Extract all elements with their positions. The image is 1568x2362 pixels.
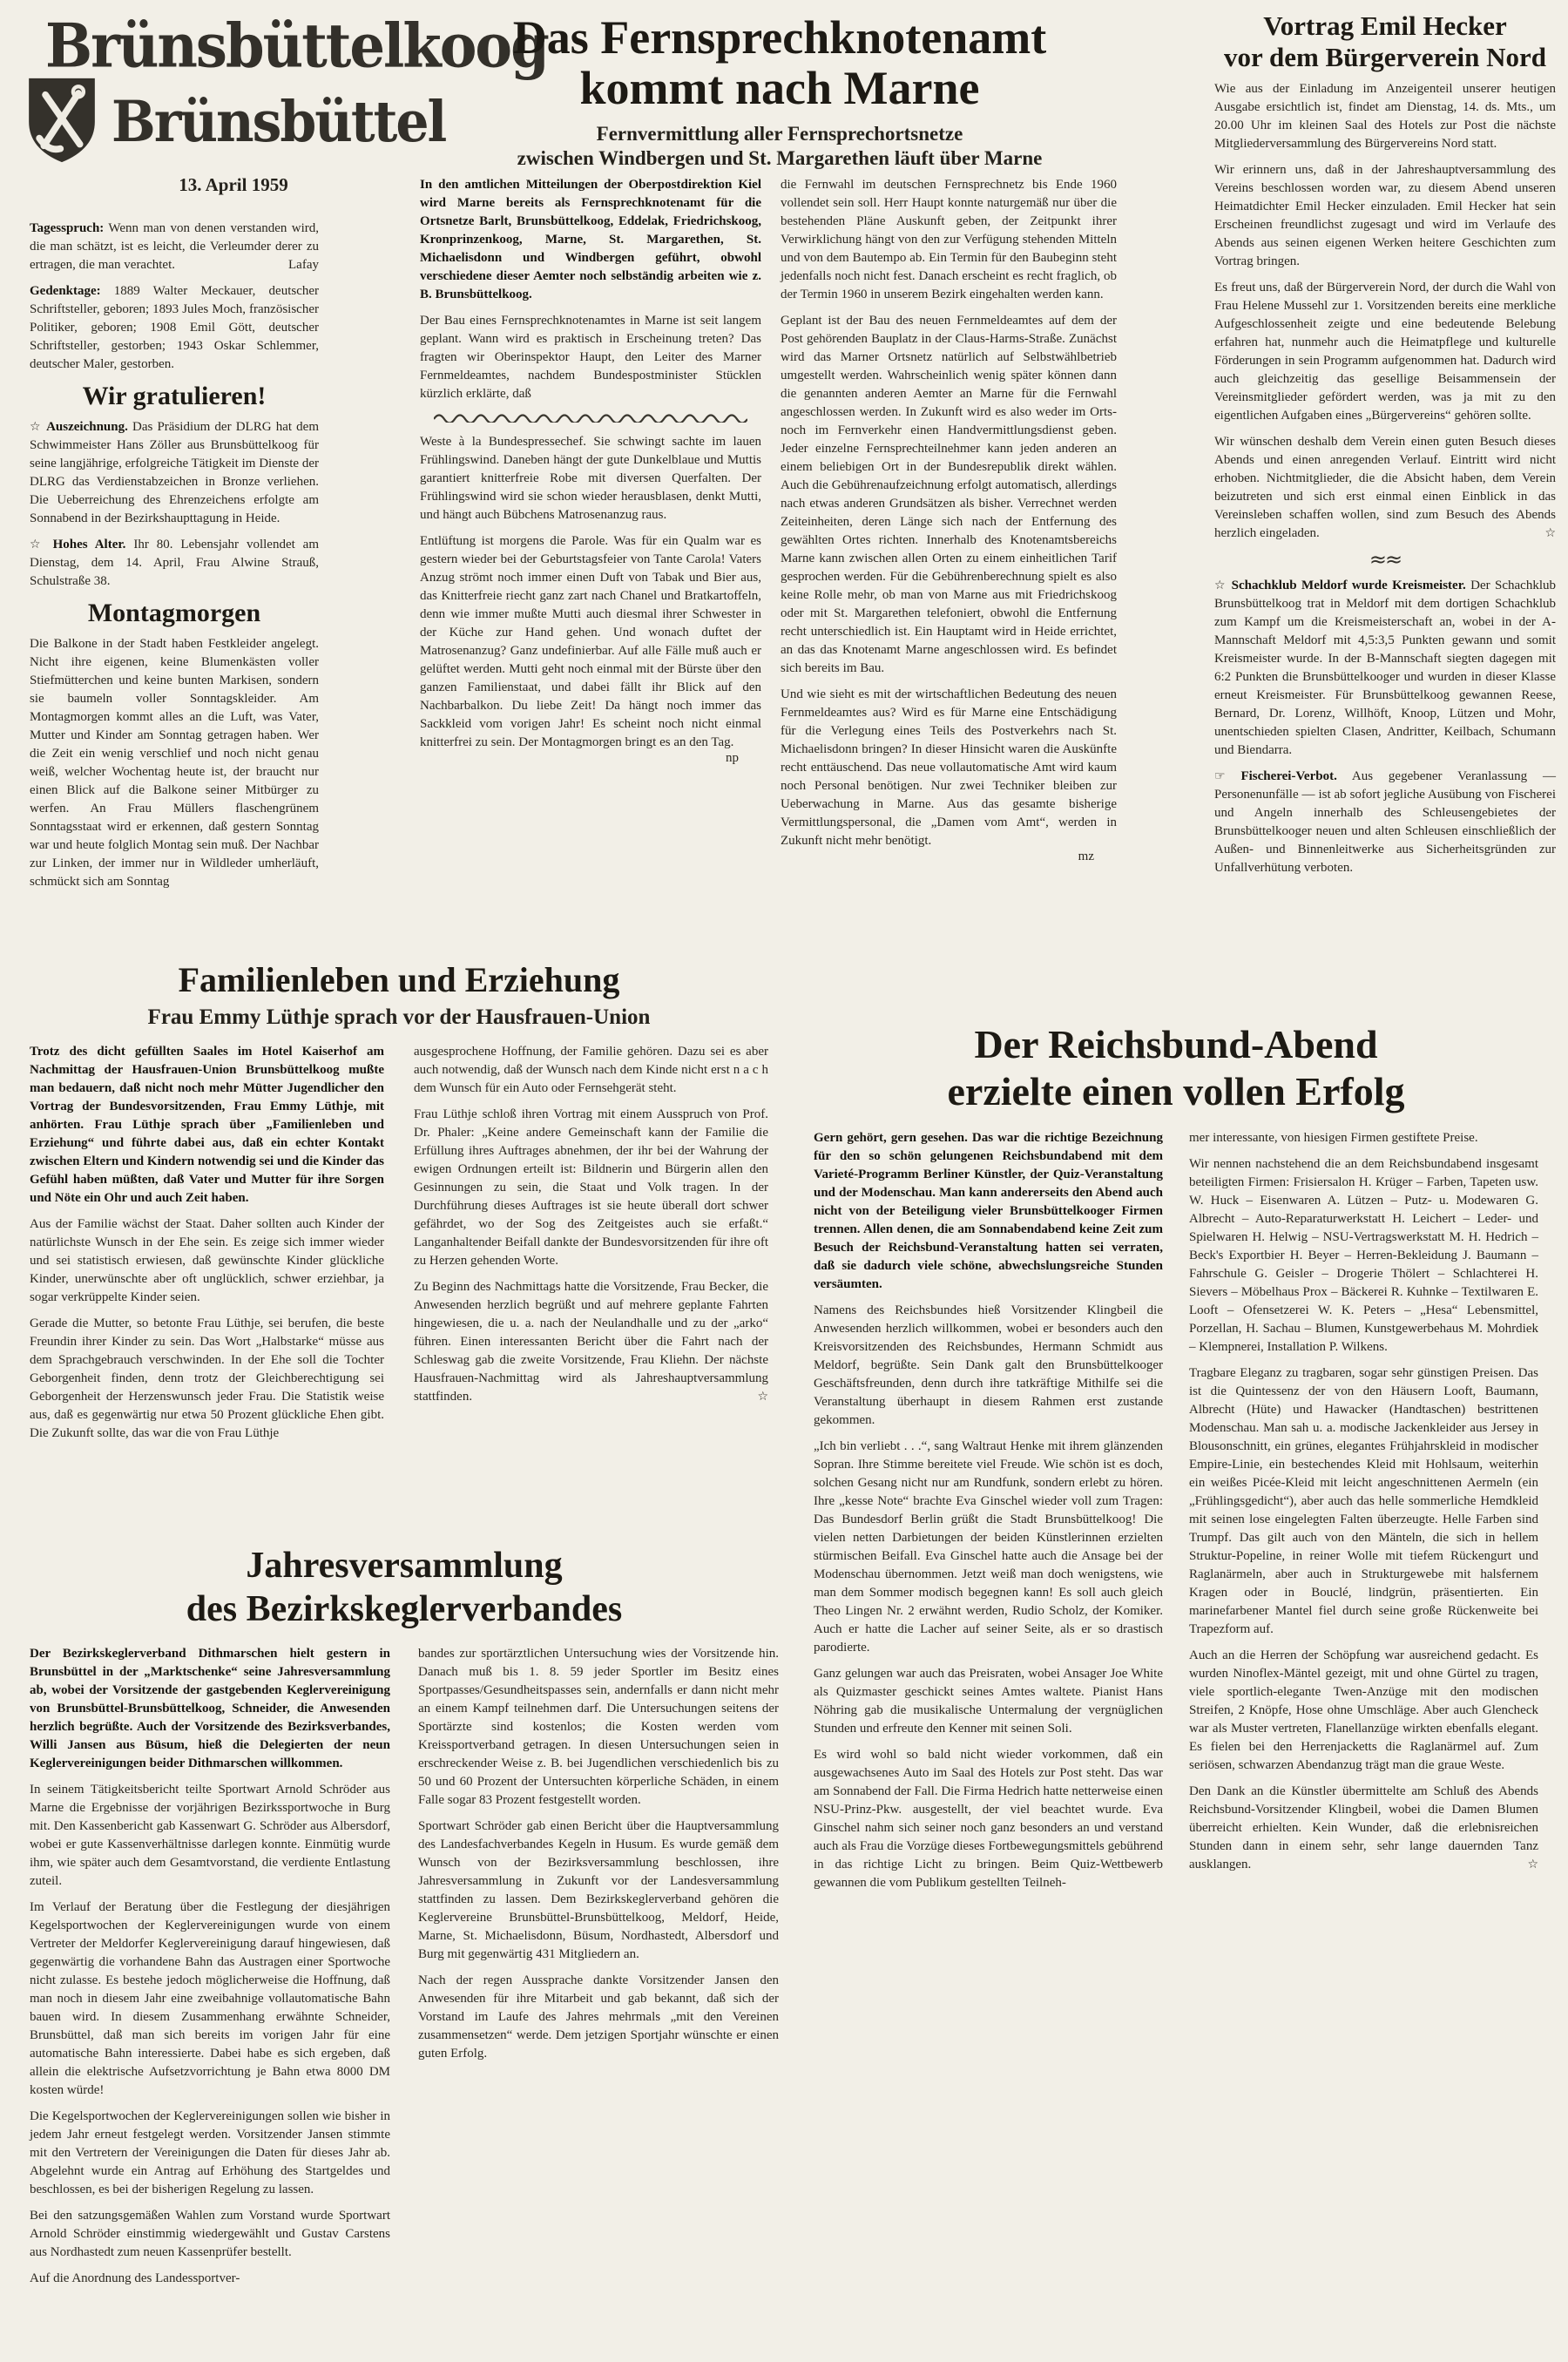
section-title-gratulieren: Wir gratulieren! xyxy=(30,382,319,411)
article-lead-paragraph: In den amtlichen Mitteilungen der Oberpo… xyxy=(420,176,761,304)
reichsbund-column-b: mer interessante, von hiesigen Firmen ge… xyxy=(1189,1129,1538,1900)
paragraph: Frau Lüthje schloß ihren Vortrag mit ein… xyxy=(414,1106,768,1270)
masthead: Brünsbüttelkoog Brünsbüttel 13. April 19… xyxy=(24,16,443,196)
montagmorgen-part3: Entlüftung ist morgens die Parole. Was f… xyxy=(420,532,761,752)
paragraph: Sportwart Schröder gab einen Bericht übe… xyxy=(418,1817,779,1964)
paragraph: Aus der Familie wächst der Staat. Daher … xyxy=(30,1215,384,1307)
headline-line1: Das Fernsprechknotenamt xyxy=(431,12,1128,63)
gedenktage: Gedenktage: 1889 Walter Meckauer, deutsc… xyxy=(30,282,319,374)
paragraph: In seinem Tätigkeitsbericht teilte Sport… xyxy=(30,1781,390,1891)
paragraph: Tragbare Eleganz zu tragbaren, sogar seh… xyxy=(1189,1364,1538,1639)
paragraph: Trotz des dicht gefüllten Saales im Hote… xyxy=(30,1043,384,1208)
star-icon: ☆ xyxy=(1214,579,1227,592)
paragraph: Auf die Anordnung des Landessportver- xyxy=(30,2270,390,2288)
phone-article-column-a: In den amtlichen Mitteilungen der Oberpo… xyxy=(420,176,761,773)
masthead-title-line1: Brünsbüttelkoog xyxy=(45,16,443,78)
end-star-icon: ☆ xyxy=(1527,1856,1538,1874)
article-lead-paragraph: Gern gehört, gern gesehen. Das war die r… xyxy=(814,1129,1163,1294)
hecker-headline: Vortrag Emil Hecker vor dem Bürgerverein… xyxy=(1214,10,1556,73)
section-title-montagmorgen: Montagmorgen xyxy=(30,599,319,628)
city-crest-icon xyxy=(24,75,99,166)
paragraph: Wir nennen nachstehend die an dem Reichs… xyxy=(1189,1155,1538,1357)
familienleben-column-a: Trotz des dicht gefüllten Saales im Hote… xyxy=(30,1043,384,1451)
star-icon: ☆ xyxy=(30,420,42,434)
paragraph: „Ich bin verliebt . . .“, sang Waltraut … xyxy=(814,1438,1163,1657)
paragraph: Ganz gelungen war auch das Preisraten, w… xyxy=(814,1665,1163,1738)
left-column: Tagesspruch: Wenn man von denen verstand… xyxy=(30,220,319,899)
paragraph: Den Dank an die Künstler übermittelte am… xyxy=(1189,1783,1538,1874)
tagesspruch: Tagesspruch: Wenn man von denen verstand… xyxy=(30,220,319,274)
paragraph: Im Verlauf der Beratung über die Festleg… xyxy=(30,1898,390,2100)
paragraph: Gerade die Mutter, so betonte Frau Lüthj… xyxy=(30,1315,384,1443)
right-column: Vortrag Emil Hecker vor dem Bürgerverein… xyxy=(1214,10,1556,885)
paragraph: Wir wünschen deshalb dem Verein einen gu… xyxy=(1214,433,1556,543)
paragraph: mer interessante, von hiesigen Firmen ge… xyxy=(1189,1129,1538,1147)
paragraph: Namens des Reichsbundes hieß Vorsitzende… xyxy=(814,1302,1163,1430)
paragraph: Es freut uns, daß der Bürgerverein Nord,… xyxy=(1214,279,1556,425)
paragraph: Nach der regen Aussprache dankte Vorsitz… xyxy=(418,1972,779,2063)
news-item-schachklub: ☆ Schachklub Meldorf wurde Kreismeister.… xyxy=(1214,577,1556,760)
reichsbund-headline: Der Reichsbund-Abend erzielte einen voll… xyxy=(814,1021,1538,1115)
wave-divider-ornament xyxy=(434,412,747,423)
end-star-icon: ☆ xyxy=(1544,525,1556,543)
paragraph: Und wie sieht es mit der wirtschaftliche… xyxy=(781,686,1117,850)
gedenktage-label: Gedenktage: xyxy=(30,284,101,298)
masthead-title-line2: Brünsbüttel xyxy=(112,92,445,152)
star-icon: ☆ xyxy=(30,538,45,552)
familienleben-headline: Familienleben und Erziehung xyxy=(30,961,768,999)
familienleben-article: Familienleben und Erziehung Frau Emmy Lü… xyxy=(30,961,768,1451)
phone-article-headline: Das Fernsprechknotenamt kommt nach Marne… xyxy=(431,12,1128,171)
author-initials: mz xyxy=(781,849,1094,864)
newspaper-page: Brünsbüttelkoog Brünsbüttel 13. April 19… xyxy=(0,0,1568,2362)
montagmorgen-part2: Weste à la Bundespressechef. Sie schwing… xyxy=(420,433,761,525)
news-item-auszeichnung: ☆ Auszeichnung. Das Präsidium der DLRG h… xyxy=(30,418,319,528)
paragraph: Wie aus der Einladung im Anzeigenteil un… xyxy=(1214,80,1556,153)
paragraph: Bei den satzungsgemäßen Wahlen zum Vorst… xyxy=(30,2207,390,2262)
news-item-hohes-alter: ☆ Hohes Alter. Ihr 80. Lebensjahr vollen… xyxy=(30,536,319,591)
paragraph: bandes zur sportärztlichen Untersuchung … xyxy=(418,1645,779,1810)
kegler-headline: Jahresversammlung des Bezirkskeglerverba… xyxy=(30,1544,779,1631)
paragraph: Auch an die Herren der Schöpfung war aus… xyxy=(1189,1647,1538,1775)
paragraph: ausgesprochene Hoffnung, der Familie geh… xyxy=(414,1043,768,1098)
tagesspruch-label: Tagesspruch: xyxy=(30,221,104,235)
reichsbund-article: Der Reichsbund-Abend erzielte einen voll… xyxy=(814,1021,1538,1900)
kegler-column-a: Der Bezirkskeglerverband Dithmarschen hi… xyxy=(30,1645,390,2296)
pointer-icon: ☞ xyxy=(1214,769,1226,783)
author-initials: np xyxy=(420,750,739,766)
issue-date: 13. April 1959 xyxy=(24,174,443,196)
montagmorgen-part1: Die Balkone in der Stadt haben Festkleid… xyxy=(30,635,319,891)
kegler-article: Jahresversammlung des Bezirkskeglerverba… xyxy=(30,1544,779,2296)
paragraph: Der Bau eines Fernsprechknotenamtes in M… xyxy=(420,312,761,403)
tagesspruch-author: Lafay xyxy=(288,256,319,274)
subhead-line1: Fernvermittlung aller Fernsprechortsnetz… xyxy=(431,122,1128,146)
article-lead-paragraph: Der Bezirkskeglerverband Dithmarschen hi… xyxy=(30,1645,390,1773)
reichsbund-column-a: Gern gehört, gern gesehen. Das war die r… xyxy=(814,1129,1163,1900)
end-star-icon: ☆ xyxy=(757,1388,768,1406)
paragraph: Geplant ist der Bau des neuen Fernmeldea… xyxy=(781,312,1117,678)
familienleben-column-b: ausgesprochene Hoffnung, der Familie geh… xyxy=(414,1043,768,1451)
news-item-fischerei-verbot: ☞ Fischerei-Verbot. Aus gegebener Veranl… xyxy=(1214,768,1556,877)
subhead-line2: zwischen Windbergen und St. Margarethen … xyxy=(431,146,1128,171)
paragraph: Es wird wohl so bald nicht wieder vorkom… xyxy=(814,1746,1163,1892)
paragraph: Wir erinnern uns, daß in der Jahreshaupt… xyxy=(1214,161,1556,271)
headline-line2: kommt nach Marne xyxy=(431,63,1128,113)
squiggle-divider-ornament: ≈≈ xyxy=(1214,551,1556,568)
paragraph: Die Kegelsportwochen der Keglervereinigu… xyxy=(30,2108,390,2199)
paragraph: Zu Beginn des Nachmittags hatte die Vors… xyxy=(414,1278,768,1406)
phone-article-column-b: die Fernwahl im deutschen Fernsprechnetz… xyxy=(781,176,1117,871)
kegler-column-b: bandes zur sportärztlichen Untersuchung … xyxy=(418,1645,779,2296)
familienleben-subhead: Frau Emmy Lüthje sprach vor der Hausfrau… xyxy=(30,1005,768,1031)
paragraph: die Fernwahl im deutschen Fernsprechnetz… xyxy=(781,176,1117,304)
